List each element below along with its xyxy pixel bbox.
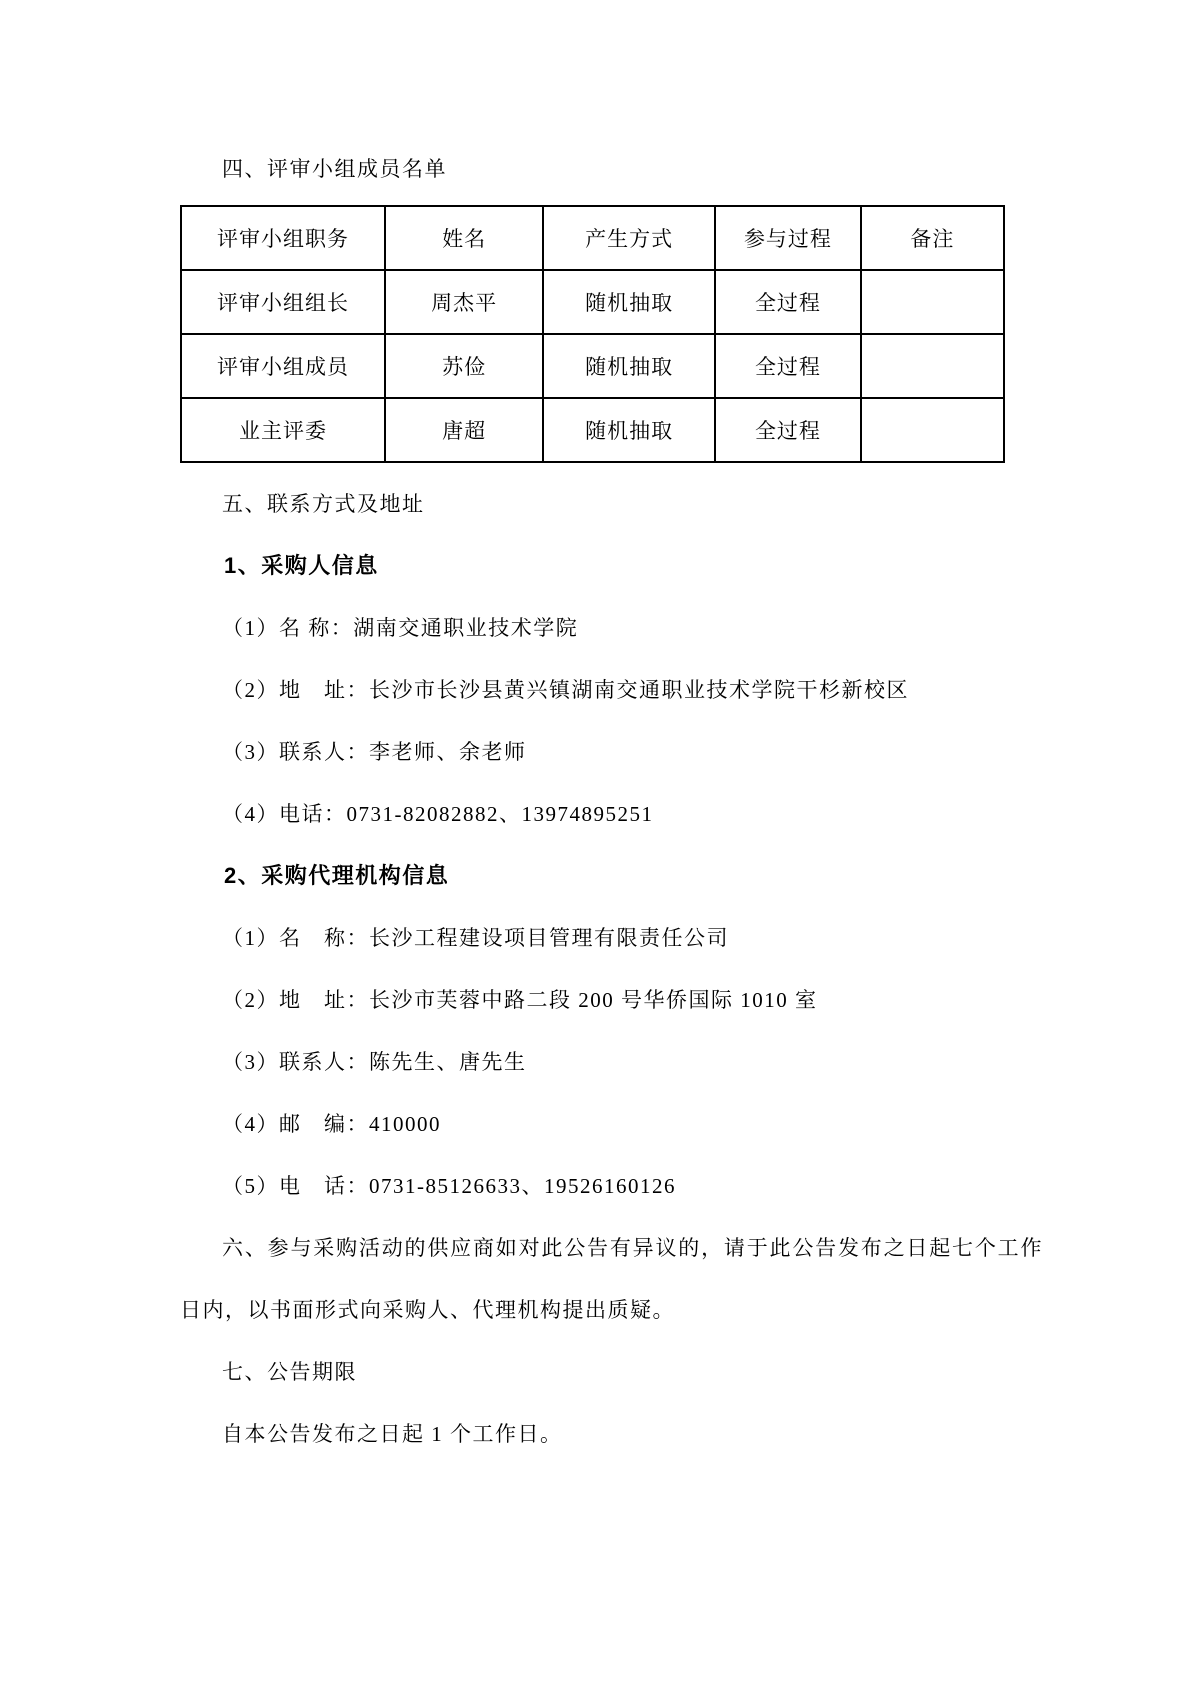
purchaser-info-heading: 1、采购人信息 [180, 535, 1043, 597]
purchaser-phone-line: （4）电话：0731-82082882、13974895251 [180, 783, 1043, 845]
table-cell: 随机抽取 [543, 334, 715, 398]
table-cell: 业主评委 [181, 398, 385, 462]
table-header-cell: 姓名 [385, 206, 543, 270]
table-header-cell: 参与过程 [715, 206, 861, 270]
agency-phone-line: （5）电 话：0731-85126633、19526160126 [180, 1155, 1043, 1217]
section-4-heading: 四、评审小组成员名单 [180, 138, 1043, 200]
purchaser-name-line: （1）名 称：湖南交通职业技术学院 [180, 597, 1043, 659]
agency-contact-line: （3）联系人：陈先生、唐先生 [180, 1031, 1043, 1093]
table-header-cell: 评审小组职务 [181, 206, 385, 270]
table-cell: 全过程 [715, 270, 861, 334]
agency-address-line: （2）地 址：长沙市芙蓉中路二段 200 号华侨国际 1010 室 [180, 969, 1043, 1031]
table-header-cell: 备注 [861, 206, 1004, 270]
agency-name-line: （1）名 称：长沙工程建设项目管理有限责任公司 [180, 907, 1043, 969]
table-row: 评审小组组长 周杰平 随机抽取 全过程 [181, 270, 1004, 334]
section-5-heading: 五、联系方式及地址 [180, 473, 1043, 535]
table-cell: 评审小组组长 [181, 270, 385, 334]
agency-info-heading: 2、采购代理机构信息 [180, 845, 1043, 907]
table-cell: 周杰平 [385, 270, 543, 334]
section-7-heading: 七、公告期限 [180, 1341, 1043, 1403]
table-cell: 随机抽取 [543, 270, 715, 334]
table-row: 业主评委 唐超 随机抽取 全过程 [181, 398, 1004, 462]
table-cell: 评审小组成员 [181, 334, 385, 398]
table-header-row: 评审小组职务 姓名 产生方式 参与过程 备注 [181, 206, 1004, 270]
document-page: 四、评审小组成员名单 评审小组职务 姓名 产生方式 参与过程 备注 评审小组组长… [0, 0, 1191, 1684]
section-6-objection-paragraph: 六、参与采购活动的供应商如对此公告有异议的，请于此公告发布之日起七个工作日内，以… [180, 1217, 1043, 1341]
purchaser-address-line: （2）地 址：长沙市长沙县黄兴镇湖南交通职业技术学院干杉新校区 [180, 659, 1043, 721]
table-cell: 全过程 [715, 334, 861, 398]
table-cell: 唐超 [385, 398, 543, 462]
table-header-cell: 产生方式 [543, 206, 715, 270]
table-row: 评审小组成员 苏俭 随机抽取 全过程 [181, 334, 1004, 398]
purchaser-contact-line: （3）联系人：李老师、余老师 [180, 721, 1043, 783]
review-panel-table: 评审小组职务 姓名 产生方式 参与过程 备注 评审小组组长 周杰平 随机抽取 全… [180, 205, 1005, 463]
table-cell: 随机抽取 [543, 398, 715, 462]
table-cell [861, 334, 1004, 398]
table-cell [861, 270, 1004, 334]
table-cell [861, 398, 1004, 462]
table-cell: 全过程 [715, 398, 861, 462]
agency-postcode-line: （4）邮 编：410000 [180, 1093, 1043, 1155]
table-cell: 苏俭 [385, 334, 543, 398]
notice-period-text: 自本公告发布之日起 1 个工作日。 [180, 1403, 1043, 1465]
